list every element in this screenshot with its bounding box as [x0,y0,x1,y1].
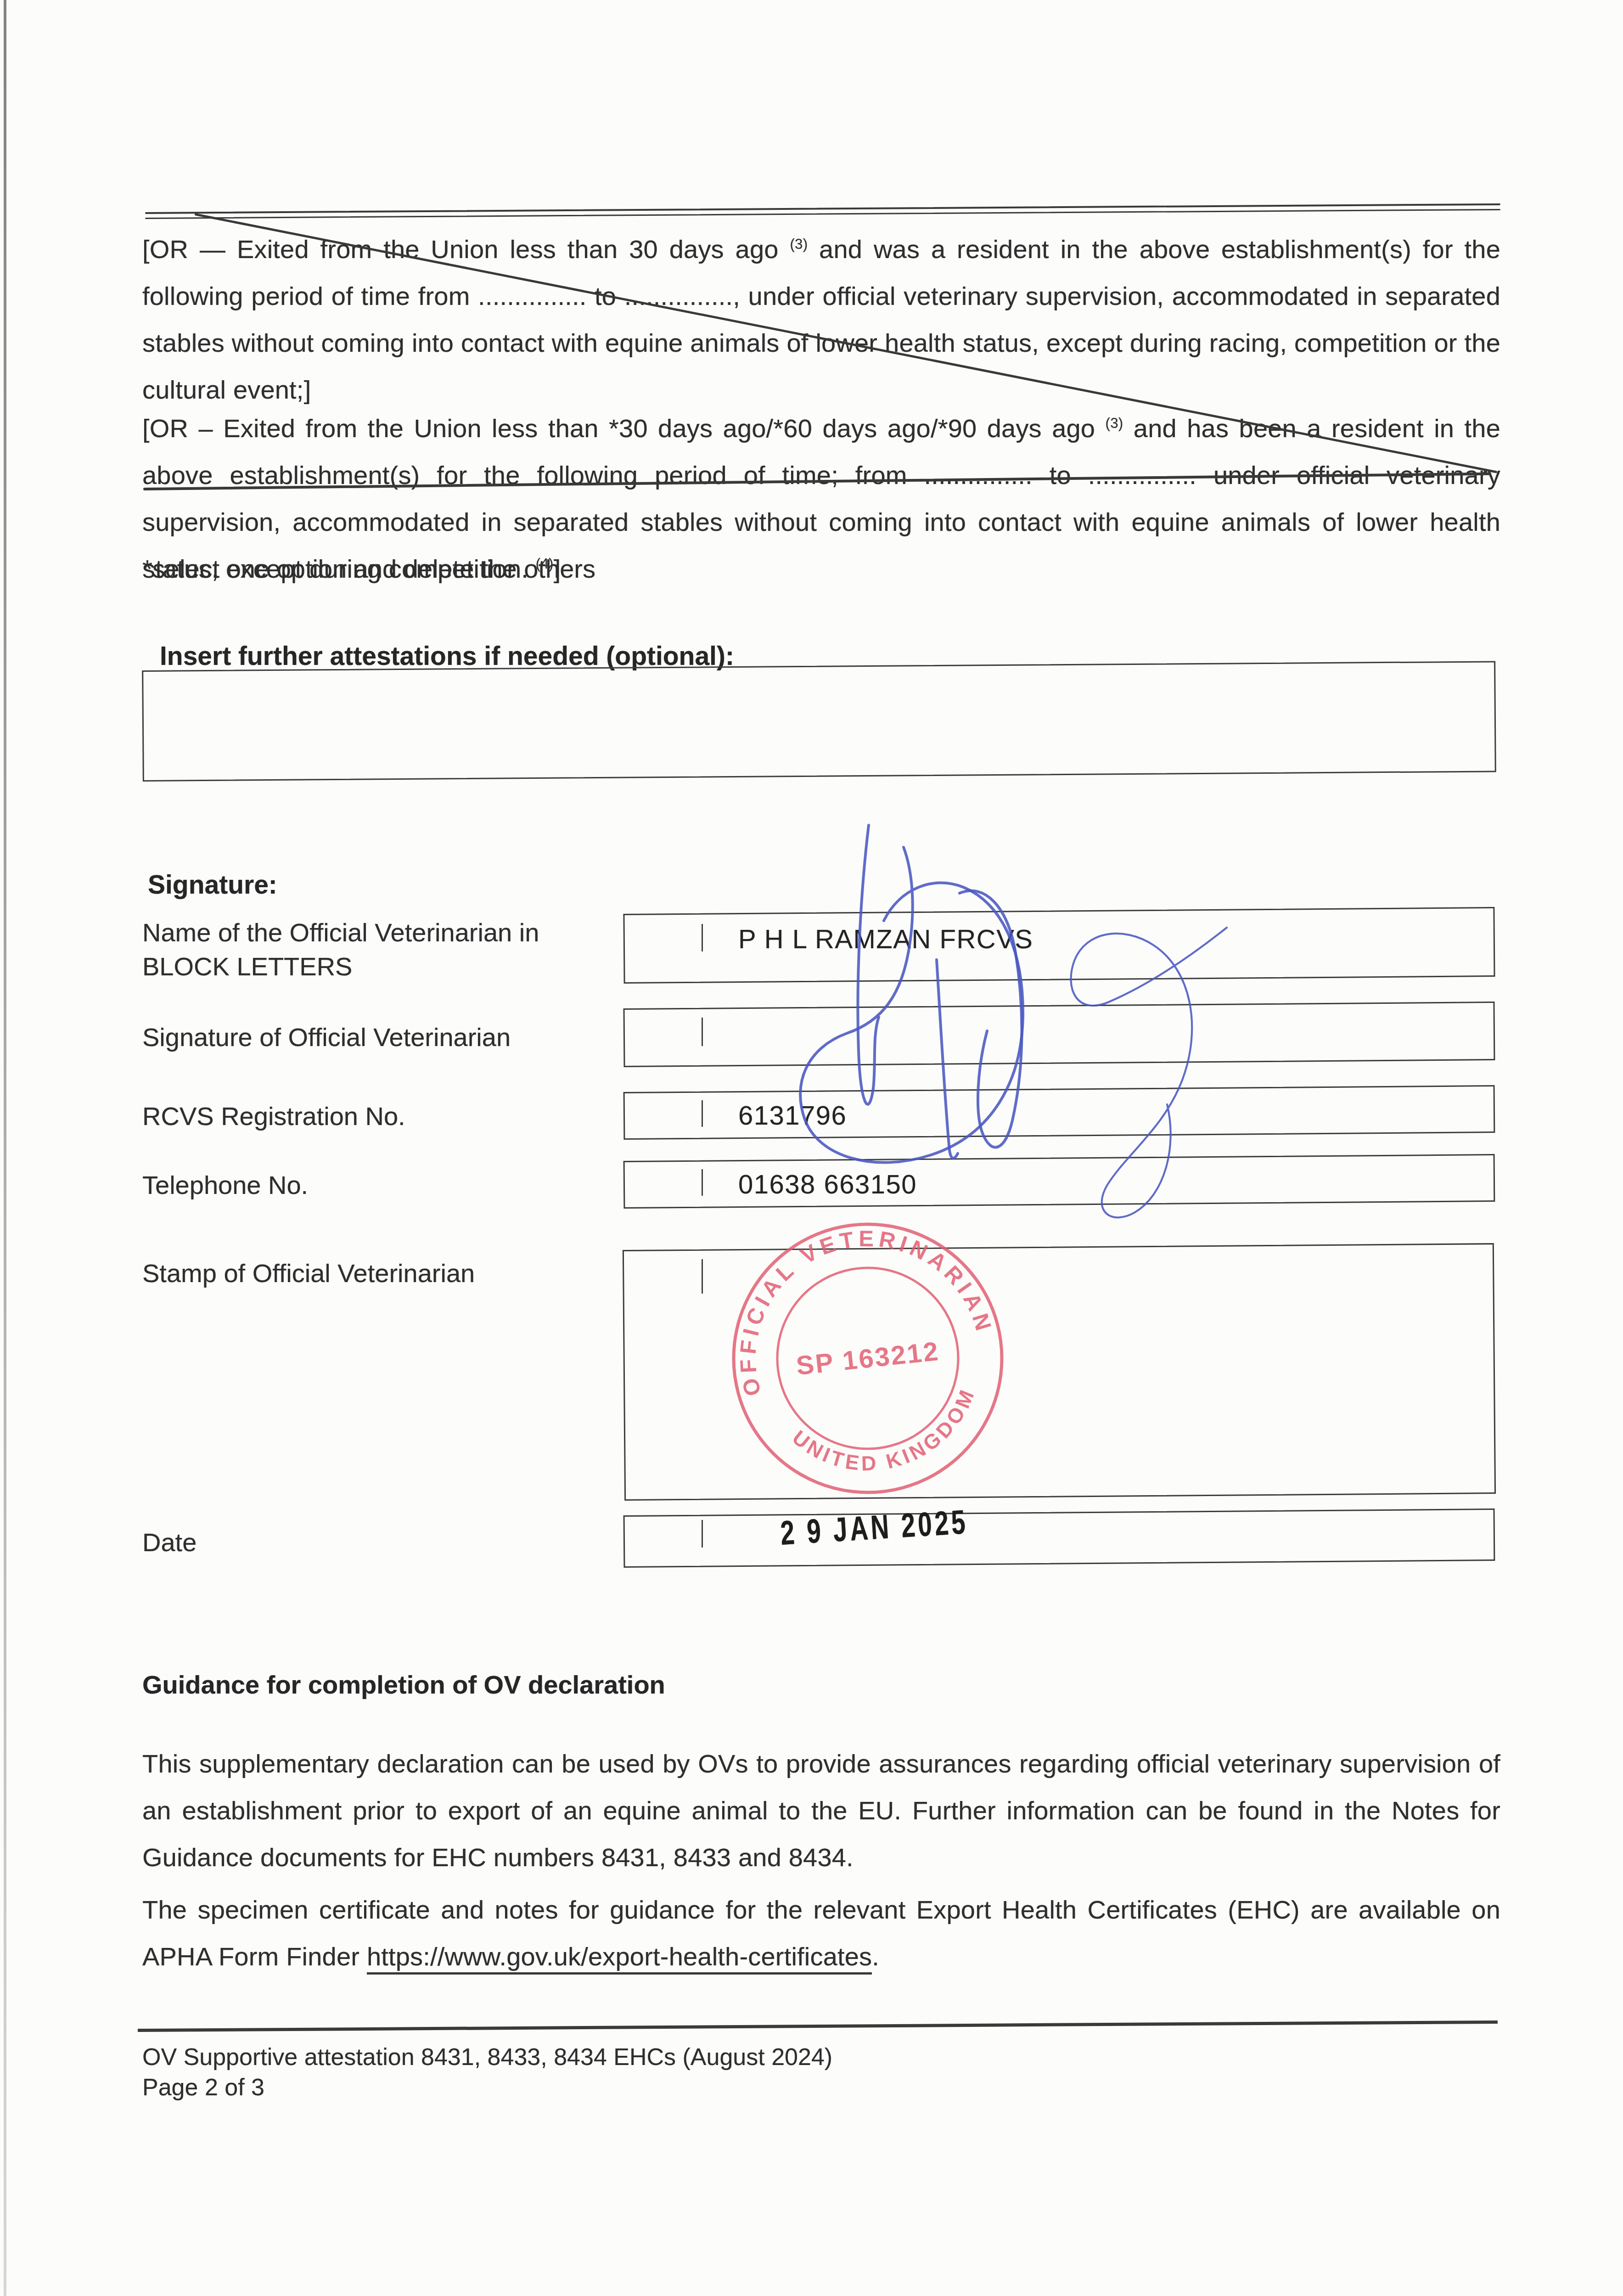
footer-document-title: OV Supportive attestation 8431, 8433, 84… [142,2043,832,2071]
stamp-field-tick [702,1259,703,1294]
telephone-label: Telephone No. [142,1170,308,1200]
name-label-line1: Name of the Official Veterinarian in [142,917,539,947]
signature-label: Signature of Official Veterinarian [142,1022,511,1052]
guidance-heading: Guidance for completion of OV declaratio… [142,1670,665,1699]
option1-text-pre: [OR — Exited from the Union less than 30… [142,235,790,264]
date-label: Date [142,1527,197,1557]
date-field-tick [702,1520,703,1548]
rcvs-label: RCVS Registration No. [142,1101,405,1131]
strikethrough-line-top [145,203,1500,214]
name-field-value: P H L RAMZAN FRCVS [738,924,1033,955]
select-option-note: *select one option and delete the others [142,554,595,584]
footnote-ref-3: (3) [790,236,808,252]
scan-edge-artifact [4,0,6,2296]
footer-divider-line [138,2020,1498,2032]
scanned-document-page: [OR — Exited from the Union less than 30… [0,0,1623,2296]
stamp-field-box[interactable] [623,1243,1496,1501]
telephone-field-value: 01638 663150 [738,1169,917,1200]
option2-text-pre: [OR – Exited from the Union less than *3… [142,414,1106,443]
guidance-paragraph-2-period: . [872,1942,879,1971]
footer-page-number: Page 2 of 3 [142,2074,264,2101]
attestations-input-box[interactable] [142,661,1496,782]
export-health-certificates-link[interactable]: https://www.gov.uk/export-health-certifi… [367,1942,872,1975]
guidance-paragraph-2: The specimen certificate and notes for g… [142,1886,1500,1980]
option1-paragraph: [OR — Exited from the Union less than 30… [142,226,1500,413]
footnote-ref-3b: (3) [1106,415,1123,431]
telephone-field-tick [702,1169,703,1196]
guidance-paragraph-1: This supplementary declaration can be us… [142,1740,1500,1881]
signature-section-heading: Signature: [148,870,277,900]
rcvs-field-value: 6131796 [738,1100,847,1131]
rcvs-field-tick [702,1100,703,1127]
stamp-label: Stamp of Official Veterinarian [142,1258,475,1288]
signature-field-box[interactable] [623,1002,1495,1067]
signature-field-tick [702,1018,703,1046]
date-field-box[interactable] [623,1508,1495,1568]
name-label-line2: BLOCK LETTERS [142,951,352,981]
name-field-tick [702,924,703,951]
